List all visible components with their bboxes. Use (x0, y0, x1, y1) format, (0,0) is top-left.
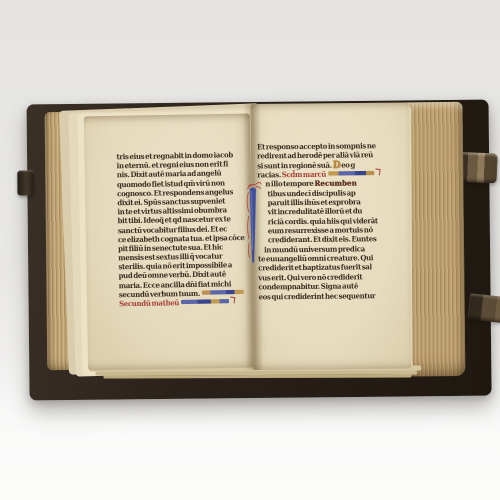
metal-clasp-bottom (467, 293, 500, 324)
illuminated-initial-I (244, 180, 263, 272)
manuscript-line: eos qui crediderint hec sequentur (258, 290, 406, 301)
manuscript-book: tris eius et regnabit in domo iacob in e… (22, 82, 495, 407)
right-page-text: Et responso accepto in sompnis ne redire… (257, 140, 407, 300)
right-page: Et responso accepto in sompnis ne redire… (251, 102, 412, 370)
pen-hook-flourish (230, 297, 236, 304)
clasp-catch-left (17, 170, 34, 195)
rubric-line: Secundū matheū (119, 297, 251, 309)
line-filler-ornament (181, 298, 229, 304)
photo-background: tris eius et regnabit in domo iacob in e… (0, 0, 500, 500)
pen-hook-flourish (375, 168, 381, 175)
metal-clasp-top (459, 152, 498, 184)
left-page-text: tris eius et regnabit in domo iacob in e… (116, 150, 251, 308)
rubric-text: Secundū matheū (119, 298, 179, 309)
manuscript-text: eo g (341, 160, 355, 170)
line-filler-ornament (202, 289, 244, 295)
line-filler-ornament (328, 170, 374, 175)
left-page: tris eius et regnabit in domo iacob in e… (84, 114, 254, 371)
manuscript-text: n illo tempore (265, 179, 313, 189)
flourished-word: Recumben (314, 178, 356, 188)
